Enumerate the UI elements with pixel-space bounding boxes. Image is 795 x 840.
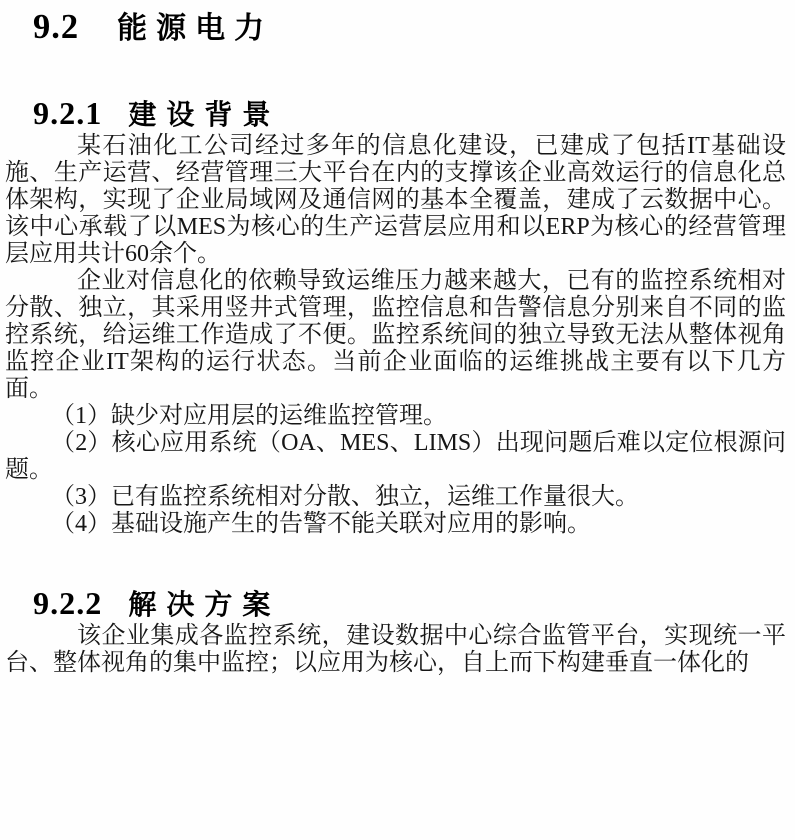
section-solution-title: 解决方案 <box>128 589 280 620</box>
section-background-title: 建设背景 <box>128 99 280 130</box>
solution-paragraph-1: 该企业集成各监控系统，建设数据中心综合监管平台，实现统一平台、整体视角的集中监控… <box>5 623 786 677</box>
challenge-list-item-2: （2）核心应用系统（OA、MES、LIMS）出现问题后难以定位根源问题。 <box>5 430 786 484</box>
challenge-list-item-3: （3）已有监控系统相对分散、独立，运维工作量很大。 <box>5 484 786 511</box>
challenge-list-item-4: （4）基础设施产生的告警不能关联对应用的影响。 <box>5 511 786 538</box>
section-solution-number: 9.2.2 <box>33 585 102 621</box>
chapter-title: 能源电力 <box>117 12 273 45</box>
background-paragraph-1: 某石油化工公司经过多年的信息化建设，已建成了包括IT基础设施、生产运营、经营管理… <box>5 133 786 268</box>
document-page: 9.2能源电力 9.2.1建设背景 某石油化工公司经过多年的信息化建设，已建成了… <box>0 0 795 840</box>
chapter-heading: 9.2能源电力 <box>33 10 786 46</box>
section-heading-background: 9.2.1建设背景 <box>33 96 786 133</box>
background-paragraph-2: 企业对信息化的依赖导致运维压力越来越大，已有的监控系统相对分散、独立，其采用竖井… <box>5 268 786 403</box>
section-background-number: 9.2.1 <box>33 95 102 131</box>
section-heading-solution: 9.2.2解决方案 <box>33 586 786 623</box>
challenge-list-item-1: （1）缺少对应用层的运维监控管理。 <box>5 403 786 430</box>
chapter-number: 9.2 <box>33 8 79 46</box>
